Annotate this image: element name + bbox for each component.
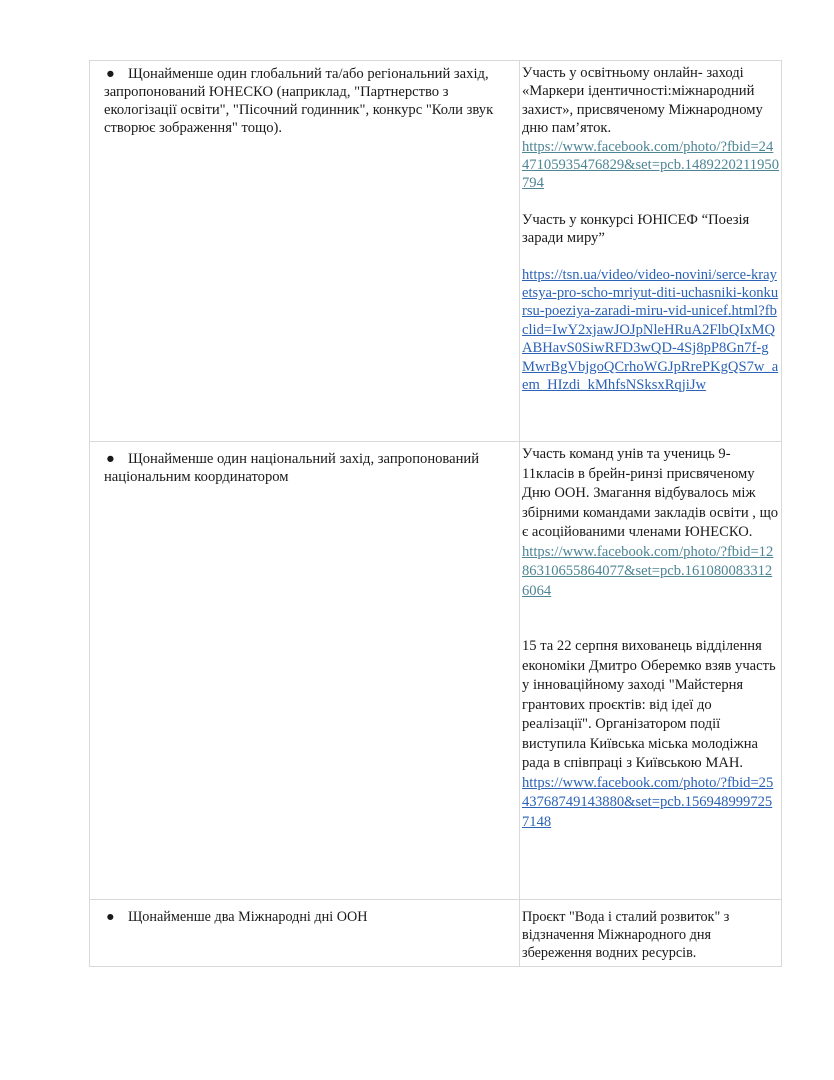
table-row: ●Щонайменше один глобальний та/або регіо…	[90, 61, 782, 442]
evidence-cell: Участь у освітньому онлайн- заході «Марк…	[520, 61, 782, 442]
bullet-icon: ●	[104, 65, 128, 83]
criterion-cell: ●Щонайменше один глобальний та/або регіо…	[90, 61, 520, 442]
evidence-text: 15 та 22 серпня вихованець відділення ек…	[522, 637, 779, 774]
evidence-cell: Проєкт "Вода і сталий розвиток" з відзна…	[520, 900, 782, 967]
evidence-text: Участь у конкурсі ЮНІСЕФ “Поезія заради …	[522, 211, 779, 248]
table-row: ●Щонайменше два Міжнародні дні ООН Проєк…	[90, 900, 782, 967]
table-row: ●Щонайменше один національний захід, зап…	[90, 442, 782, 900]
bullet-icon: ●	[104, 908, 128, 926]
criterion-text: Щонайменше один національний захід, запр…	[104, 451, 479, 485]
evidence-link[interactable]: https://www.facebook.com/photo/?fbid=244…	[522, 139, 779, 192]
evidence-link[interactable]: https://www.facebook.com/photo/?fbid=254…	[522, 775, 773, 830]
criterion-cell: ●Щонайменше один національний захід, зап…	[90, 442, 520, 900]
evidence-cell: Участь команд унів та учениць 9-11класів…	[520, 442, 782, 900]
criterion-text: Щонайменше один глобальний та/або регіон…	[104, 66, 493, 136]
criterion-text: Щонайменше два Міжнародні дні ООН	[128, 909, 367, 925]
evidence-link[interactable]: https://www.facebook.com/photo/?fbid=128…	[522, 544, 773, 599]
activities-table: ●Щонайменше один глобальний та/або регіо…	[89, 60, 782, 967]
evidence-text: Участь у освітньому онлайн- заході «Марк…	[522, 64, 779, 138]
evidence-text: Проєкт "Вода і сталий розвиток" з відзна…	[522, 908, 779, 962]
evidence-link[interactable]: https://tsn.ua/video/video-novini/serce-…	[522, 267, 778, 393]
bullet-icon: ●	[104, 450, 128, 468]
criterion-cell: ●Щонайменше два Міжнародні дні ООН	[90, 900, 520, 967]
evidence-text: Участь команд унів та учениць 9-11класів…	[522, 445, 779, 543]
document-page: ●Щонайменше один глобальний та/або регіо…	[0, 0, 834, 1080]
